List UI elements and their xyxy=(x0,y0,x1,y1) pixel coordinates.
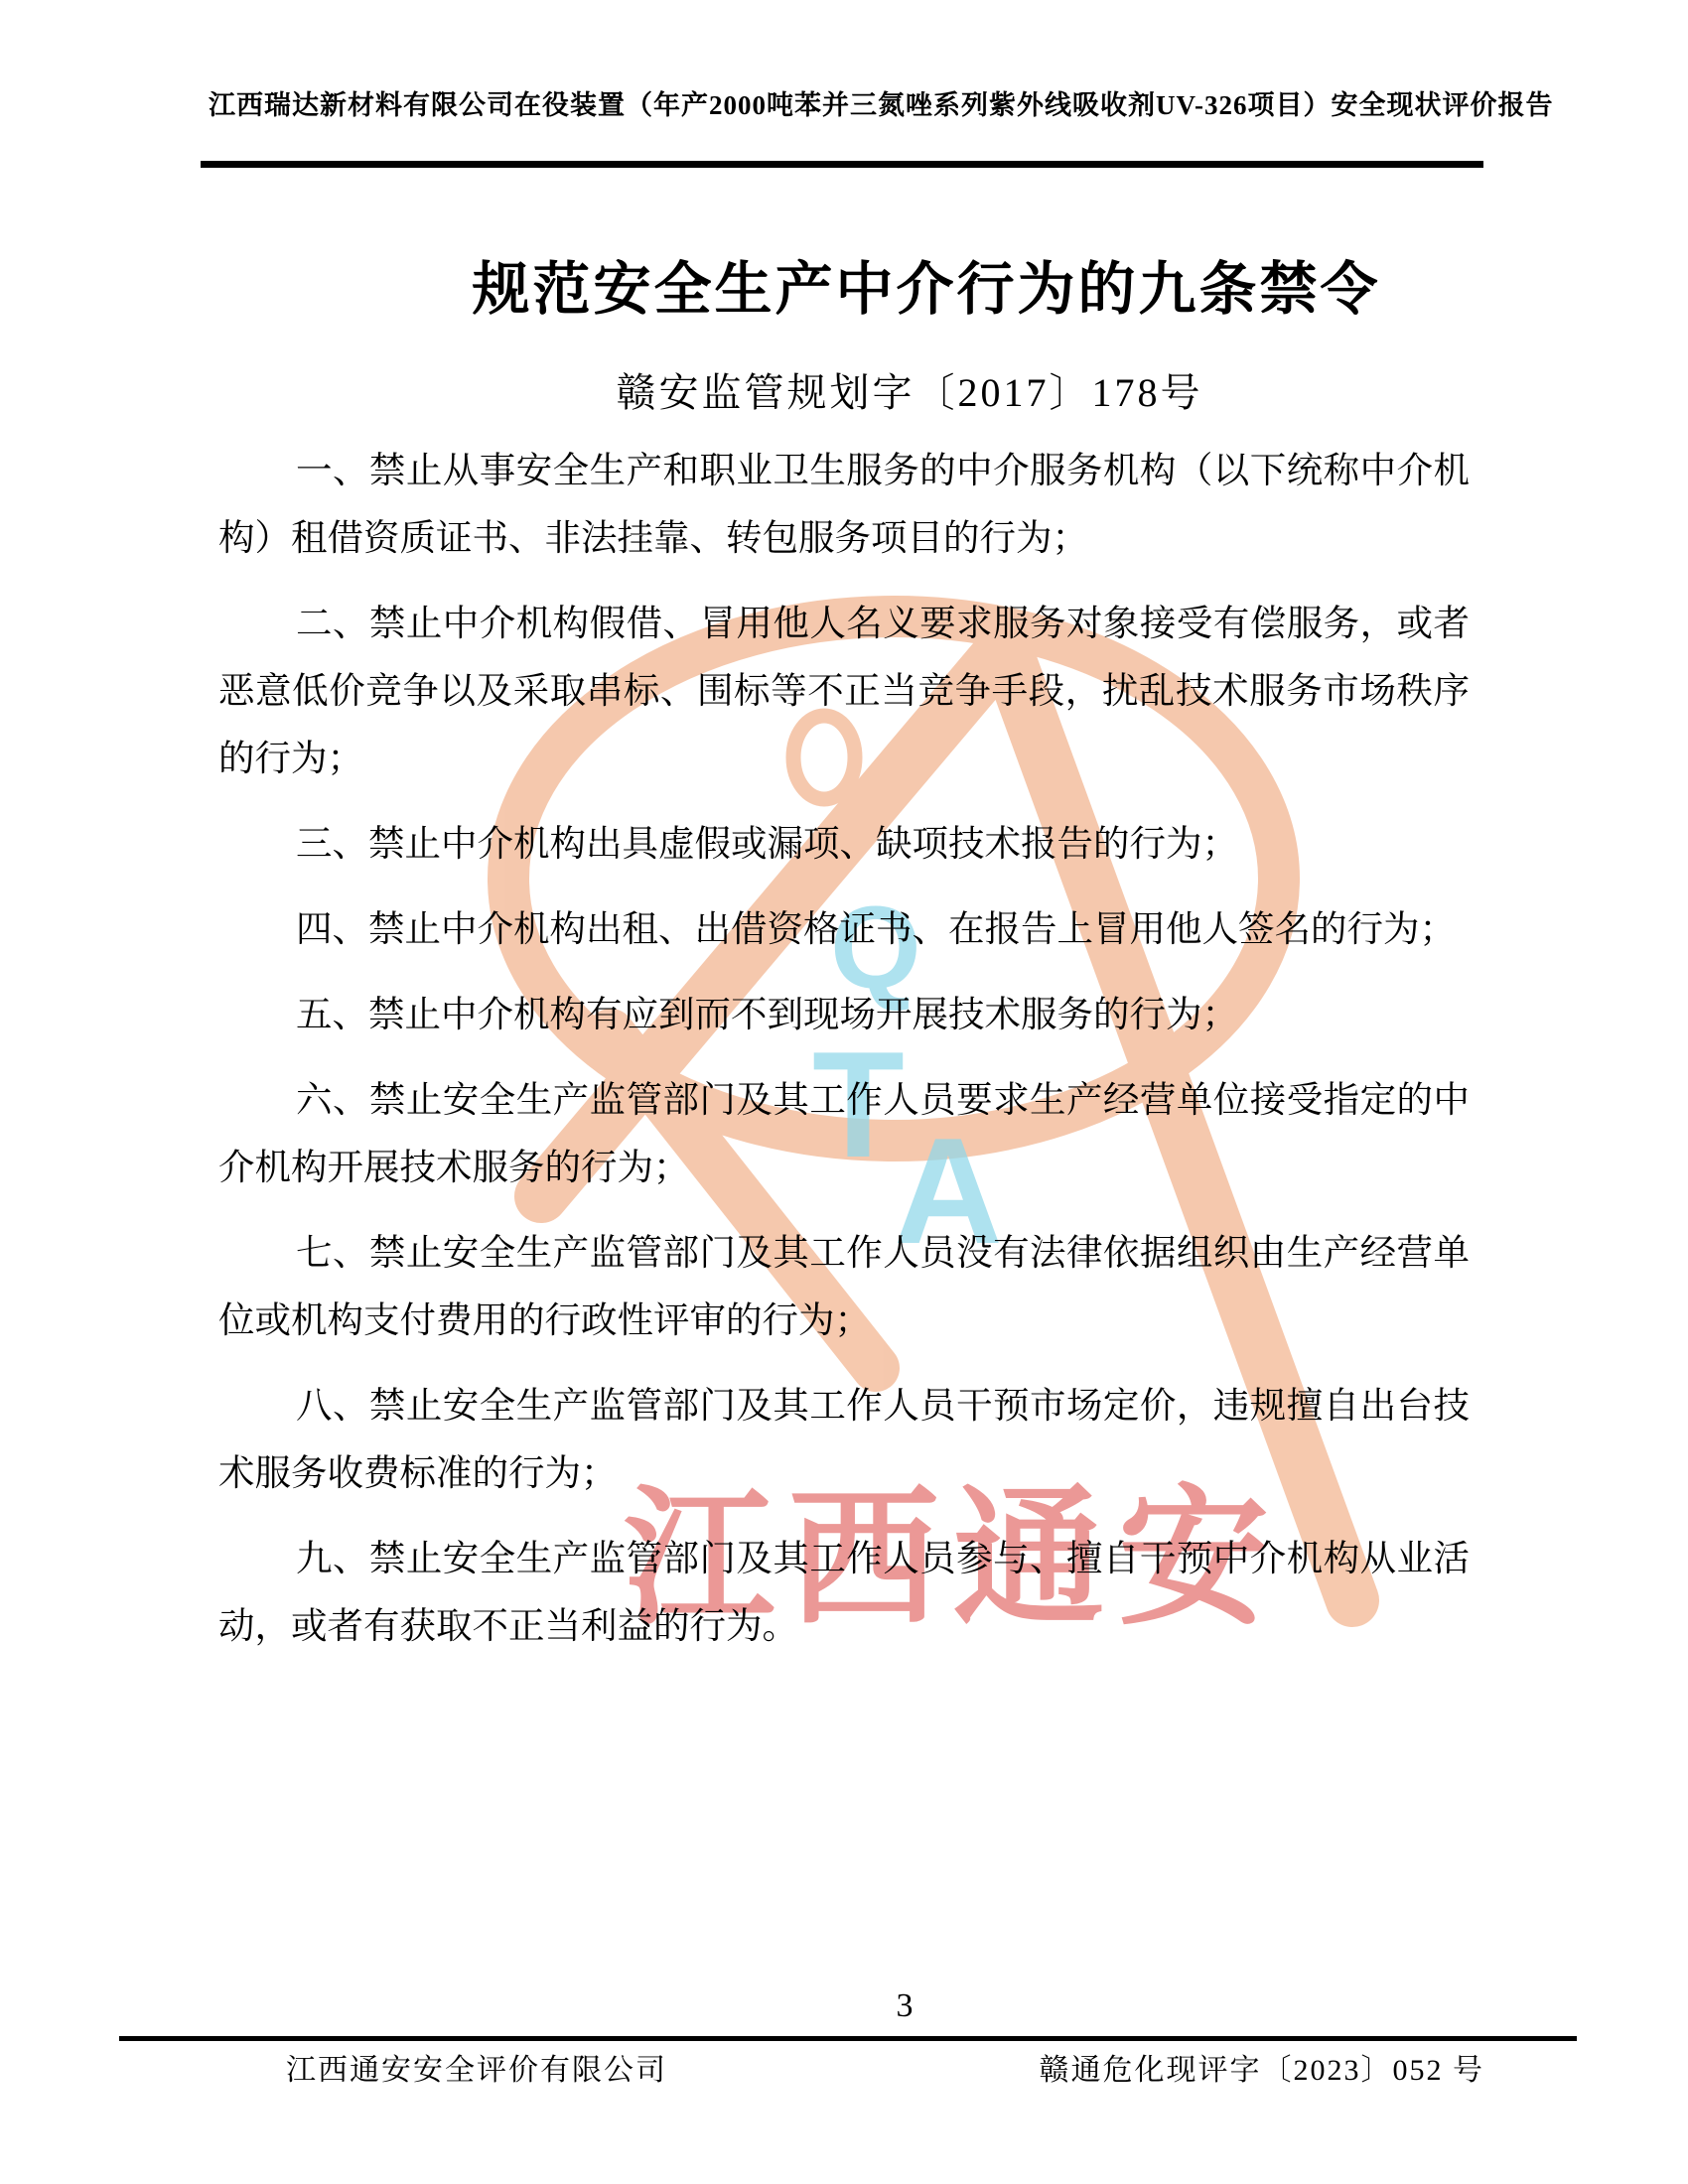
body-paragraph: 一、禁止从事安全生产和职业卫生服务的中介服务机构（以下统称中介机构）租借资质证书… xyxy=(218,437,1470,572)
document-body: 一、禁止从事安全生产和职业卫生服务的中介服务机构（以下统称中介机构）租借资质证书… xyxy=(218,437,1470,1660)
header-rule xyxy=(201,161,1483,168)
body-paragraph: 七、禁止安全生产监管部门及其工作人员没有法律依据组织由生产经营单位或机构支付费用… xyxy=(218,1219,1470,1354)
body-paragraph: 八、禁止安全生产监管部门及其工作人员干预市场定价，违规擅自出台技术服务收费标准的… xyxy=(218,1372,1470,1507)
body-paragraph: 三、禁止中介机构出具虚假或漏项、缺项技术报告的行为； xyxy=(218,810,1470,878)
body-paragraph: 六、禁止安全生产监管部门及其工作人员要求生产经营单位接受指定的中介机构开展技术服… xyxy=(218,1066,1470,1201)
body-paragraph: 二、禁止中介机构假借、冒用他人名义要求服务对象接受有偿服务，或者恶意低价竞争以及… xyxy=(218,590,1470,792)
page-title: 规范安全生产中介行为的九条禁令 xyxy=(301,242,1552,326)
document-content: 江西瑞达新材料有限公司在役装置（年产2000吨苯并三氮唑系列紫外线吸收剂UV-3… xyxy=(0,0,1688,2184)
body-paragraph: 四、禁止中介机构出租、出借资格证书、在报告上冒用他人签名的行为； xyxy=(218,895,1470,963)
document-page: Q T A 江西通安 江西瑞达新材料有限公司在役装置（年产2000吨苯并三氮唑系… xyxy=(0,0,1688,2184)
footer-rule xyxy=(119,2036,1577,2041)
footer-company: 江西通安安全评价有限公司 xyxy=(286,2045,667,2089)
document-number-subtitle: 赣安监管规划字〔2017〕178号 xyxy=(284,361,1535,418)
footer-doc-number: 赣通危化现评字〔2023〕052 号 xyxy=(1040,2045,1485,2089)
body-paragraph: 九、禁止安全生产监管部门及其工作人员参与、擅自干预中介机构从业活动，或者有获取不… xyxy=(218,1525,1470,1660)
body-paragraph: 五、禁止中介机构有应到而不到现场开展技术服务的行为； xyxy=(218,981,1470,1048)
page-header-text: 江西瑞达新材料有限公司在役装置（年产2000吨苯并三氮唑系列紫外线吸收剂UV-3… xyxy=(209,83,1489,122)
page-number: 3 xyxy=(279,1987,1530,2025)
